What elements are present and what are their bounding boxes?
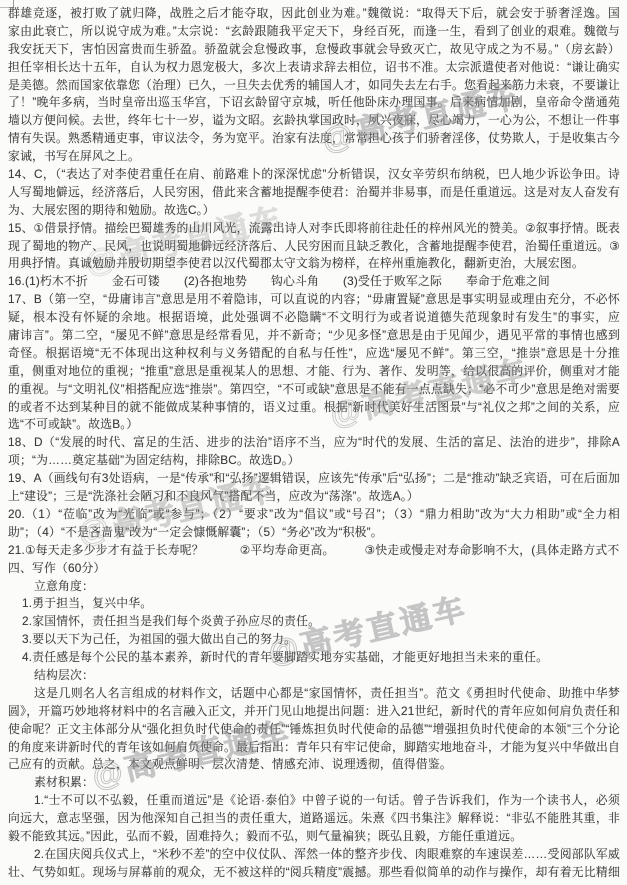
text-line: 圆》，开篇巧妙地将材料中的名言融入正文，并开门见山地提出问题：进入21世纪，新时… [8,703,620,721]
text-line: 素材积累： [8,774,620,792]
text-line: 用典抒情。真诚勉励并殷切期望李使君以汉代蜀郡太守文翁为榜样，在梓州重施教化，翻新… [8,255,620,273]
text-line: 1.勇于担当，复兴中华。 [8,595,620,613]
answer-sheet-page: 群雄竞逐，被打败了就归降，战胜之后才能夺取，因此创业为难。”魏徵说：“取得天下后… [0,0,627,885]
text-line: 这是几则名人名言组成的材料作文，话题中心都是“家国情怀，责任担当”。范文《勇担时… [8,685,620,703]
text-line: 奇怪。根据语境“无不体现出这种权利与义务错配的自私与任性”，应选“屡见不鲜”。第… [8,345,620,363]
text-line: 家由此衰亡，所以说守成为难。”太宗说：“玄龄跟随我平定天下，身经百死，而逢一生，… [8,23,620,41]
text-line: 疑，根本没有怀疑的余地。根据语境，此处强调不必隐瞒“不文明行为或者说道德失范现象… [8,309,620,327]
text-line: 现了蜀地的物产、民风，也说明蜀地僻远经济落后、人民穷困而且缺乏教化，含蓄地提醒李… [8,238,620,256]
text-line: 己应有的贡献。总之，本文观点鲜明、层次清楚、情感充沛、说理透彻，值得借鉴。 [8,756,620,774]
text-line: 2.在国庆阅兵仪式上，“米秒不差”的空中仪仗队、浑然一体的整齐步伐、肉眼难察的车… [8,846,620,864]
text-line: 2.家国情怀，责任担当是我们每个炎黄子孙应尽的责任。 [8,613,620,631]
text-line: 了！”晚年多病，当时皇帝出巡玉华宫，下诏玄龄留守京城，听任他卧床办理国事。后来病… [8,94,620,112]
text-line: 庸讳言”。第二空，“屡见不鲜”意思是经常看见，并不新奇；“少见多怪”意思是由于见… [8,327,620,345]
text-line: 14、C，（“表达了对李使君重任在肩、前路难卜的深深忧虑”分析错误，汉女辛劳织布… [8,166,620,184]
text-line: 我安抚天下，害怕因富贵而生骄盈。骄盈就会怠慢政事，怠慢政事就会导致灭亡，故见守成… [8,41,620,59]
text-line: 群雄竞逐，被打败了就归降，战胜之后才能夺取，因此创业为难。”魏徵说：“取得天下后… [8,5,620,23]
text-line: 四、写作（60分） [8,560,620,578]
text-line: 家诫，书写在屏风之上。 [8,148,620,166]
text-line: 项；“为……奠定基础”为固定结构，排除BC。故选D。） [8,452,620,470]
text-line: 为、大展宏图的期待和勉励。故选C。） [8,202,620,220]
text-line: 毅不能致其远。”因此，弘而不毅，固难持久；毅而不弘，则气量褊狭；既弘且毅，方能任… [8,828,620,846]
text-line: 4.责任感是每个公民的基本素养，新时代的青年要脚踏实地夯实基础，才能更好地担当未… [8,649,620,667]
text-line: 1.“士不可以不弘毅，任重而道远”是《论语·泰伯》中曾子说的一句话。曾子告诉我们… [8,792,620,810]
text-line: 结构层次： [8,667,620,685]
text-line: 的或者不达到某种目的就不能做成某种事情的，语义过重。根据“新时代美好生活图景”与… [8,399,620,417]
text-line: 助”；（4）“不是吝啬鬼”改为“一定会慷慨解囊”；（5）“务必”改为“积极”。 [8,524,620,542]
text-line: 向远大，意志坚强，因为他深知自己担当的责任重大，道路遥远。朱熹《四书集注》解释说… [8,810,620,828]
document-body: 群雄竞逐，被打败了就归降，战胜之后才能夺取，因此创业为难。”魏徵说：“取得天下后… [8,5,620,882]
text-line: 21.①每天走多少步才有益于长寿呢？ ②平均寿命更高。 ③快走或慢走对寿命影响不… [8,542,620,560]
text-line: 上“建设”；三是“洗涤社会陋习和不良风气”搭配不当，应改为“荡涤”。故选A。） [8,488,620,506]
text-line: 17、B（第一空，“毋庸讳言”意思是用不着隐讳，可以直说的内容；“毋庸置疑”意思… [8,291,620,309]
text-line: 担任宰相长达十五年，自认为权力恩宠极大，多次上表请求辞去相位，诏书不准。太宗派遣… [8,59,620,77]
text-line: 选“不可或缺”。故选B。） [8,416,620,434]
text-line: 情有失误。熟悉精通吏事，审议法令，务为宽平。治家有法度，常常担心孩子们骄奢淫侈，… [8,130,620,148]
text-line: 的角度来讲新时代的青年该如何肩负使命。最后指出：青年只有牢记使命，脚踏实地地奋斗… [8,739,620,757]
text-line: 20.（1）“莅临”改为“光临”或“参与”；（2）“要求”改为“倡议”或“号召”… [8,506,620,524]
text-line: 墙以方便问候。去世，终年七十一岁，谥为文昭。玄龄执掌国政时，夙兴夜寐，尽心竭力，… [8,112,620,130]
text-line: 的重视。与“文明礼仪”相搭配应选“推崇”。第四空，“不可或缺”意思是不能有一点点… [8,381,620,399]
text-line: 重，侧重对地位的重视；“推重”意思是重视某人的思想、才能、行为、著作、发明等，给… [8,363,620,381]
text-line: 人写蜀地僻远，经济落后，人民穷困，借此来含蓄地提醒李使君：治蜀并非易事，而是任重… [8,184,620,202]
text-line: 3.要以天下为己任，为祖国的强大做出自己的努力。 [8,631,620,649]
text-line: 15、①借景抒情。描绘巴蜀雄秀的山川风光，流露出诗人对李氏即将前往赴任的梓州风光… [8,220,620,238]
text-line: 立意角度： [8,578,620,596]
text-line: 16.(1)朽木不折 金石可镂 (2)各抱地势 钩心斗角 (3)受任于败军之际 … [8,273,620,291]
text-line: 是美德。然而国家依靠您（治理）已久，一旦失去优秀的辅国人才，如同失去左右手。您看… [8,77,620,95]
text-line: 19、A（画线句有3处语病，一是“传承”和“弘扬”逻辑错误，应该先“传承”后“弘… [8,470,620,488]
text-line: 使命呢？正文主体部分从“强化担负时代使命的责任”“锤炼担负时代使命的品德”“增强… [8,721,620,739]
text-line: 壮、气势如虹。现场与屏幕前的观众，无不被这样的“阅兵精度”震撼。那些看似简单的动… [8,864,620,882]
text-line: 18、D（“发展的时代、富足的生活、进步的法治”语序不当，应为“时代的发展、生活… [8,434,620,452]
